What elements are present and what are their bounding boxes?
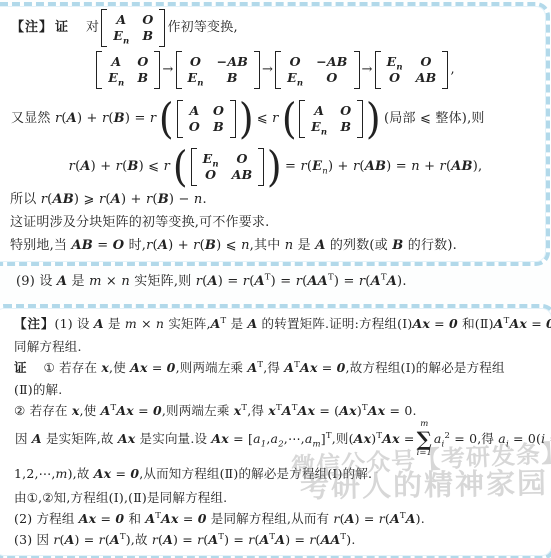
right-bracket-icon (230, 100, 236, 138)
note2-line-2: 同解方程组. (14, 339, 82, 355)
sigma-icon: ∑ (417, 429, 432, 449)
note2-continuation-line: 1,2,⋯,m),故 Ax = 0,从而知方程组(Ⅱ)的解必是方程组(Ⅰ)的解. (14, 466, 372, 482)
note2-summary-line: 由①,②知,方程组(Ⅰ),(Ⅱ)是同解方程组. (14, 490, 227, 506)
left-bracket-icon (101, 9, 107, 47)
item-9-line: (9) 设 A 是 m × n 实矩阵,则 r(A) = r(AT) = r(A… (16, 274, 407, 290)
comma-text: , (450, 62, 454, 78)
formula-pre-text: r(A) + r(B) ⩽ r (69, 159, 170, 175)
arrow-icon: → (162, 62, 173, 78)
proof-label: 证 (14, 360, 28, 375)
arrow-icon: → (262, 62, 273, 78)
right-bracket-icon (159, 9, 165, 47)
intro-pre-text: 对 (86, 20, 99, 36)
block-matrix-a-o-en-b: AO EnB (299, 100, 363, 138)
formula-post-text: = r(En) + r(AB) = n + r(AB), (285, 159, 482, 175)
remark-line-2: 特别地,当 AB = O 时,r(A) + r(B) ⩽ n,其中 n 是 A … (10, 238, 457, 254)
block-matrix-a-o-o-b: AO OB (177, 100, 236, 138)
right-bracket-icon (354, 51, 360, 89)
block-matrix-en-o-o-ab: EnO OAB (375, 51, 449, 89)
remark-line-1: 这证明涉及分块矩阵的初等变换,可不作要求. (10, 215, 269, 231)
block-matrix-a-o-en-b: AO EnB (96, 51, 160, 89)
proof-label: 证 (55, 20, 69, 36)
left-bracket-icon (176, 51, 182, 89)
rank-inequality-line: r(A) + r(B) ⩽ r ( EnO OAB ) = r(En) + r(… (0, 146, 551, 188)
formula-post-text: (局部 ⩽ 整体),则 (384, 111, 485, 127)
right-bracket-icon (258, 148, 264, 186)
rank-obvious-line: 又显然 r(A) + r(B) = r ( AO OB ) ⩽ r ( AO E… (10, 98, 486, 140)
right-bracket-icon (442, 51, 448, 89)
intro-post-text: 作初等变换, (167, 20, 237, 36)
note2-sum-line: 因 A 是实矩阵,故 Ax 是实向量.设 Ax = [a1,a2,⋯,am]T,… (14, 424, 551, 454)
left-bracket-icon (375, 51, 381, 89)
block-matrix-o-mab-en-b: O−AB EnB (176, 51, 260, 89)
left-bracket-icon (177, 100, 183, 138)
formula-pre-text: 又显然 r(A) + r(B) = r (11, 111, 156, 127)
note2-proof-line-1: 证① 若存在 x,使 Ax = 0,则两端左乘 AT,得 ATAx = 0,故方… (14, 360, 505, 376)
right-bracket-icon (357, 100, 363, 138)
left-bracket-icon (299, 100, 305, 138)
summation-icon: m ∑ i=1 (417, 420, 432, 459)
scanned-textbook-page: 【注】 证 对 AO EnB 作初等变换, AO EnB → O−AB (0, 0, 551, 558)
formula-mid-text: ⩽ r (257, 111, 279, 127)
right-bracket-icon (154, 51, 160, 89)
note2-proof-line-2: (Ⅱ)的解. (14, 382, 62, 398)
block-matrix-en-o-o-ab: EnO OAB (191, 148, 265, 186)
conclusion-line: 所以 r(AB) ⩾ r(A) + r(B) − n. (10, 192, 207, 208)
note1-intro-line: 【注】 证 对 AO EnB 作初等变换, (10, 8, 239, 48)
sum-pre-text: 因 A 是实矩阵,故 Ax 是实向量.设 Ax = [a1,a2,⋯,am]T,… (15, 431, 415, 447)
left-bracket-icon (96, 51, 102, 89)
note2-step2-line: ② 若存在 x,使 ATAx = 0,则两端左乘 xT,得 xTATAx = (… (14, 403, 417, 419)
block-matrix-o-mab-en-o: O−AB EnO (275, 51, 359, 89)
block-matrix-a-o-en-b: AO EnB (101, 9, 165, 47)
sum-post-text: ai2 = 0,得 ai = 0(i = (434, 431, 551, 447)
note-label: 【注】 (11, 20, 53, 36)
note2-line-1: 【注】(1) 设 A 是 m × n 实矩阵,AT 是 A 的转置矩阵.证明:方… (14, 316, 551, 332)
note2-part3-line: (3) 因 r(A) = r(AT),故 r(A) = r(AT) = r(AT… (14, 532, 356, 548)
arrow-icon: → (362, 62, 373, 78)
note2-part2-line: (2) 方程组 Ax = 0 和 ATAx = 0 是同解方程组,从而有 r(A… (14, 511, 425, 527)
left-bracket-icon (275, 51, 281, 89)
matrix-chain-line: AO EnB → O−AB EnB → O−AB EnO → (0, 50, 551, 90)
sum-lower-limit: i=1 (417, 449, 432, 458)
right-bracket-icon (254, 51, 260, 89)
note-label: 【注】 (14, 316, 55, 331)
left-bracket-icon (191, 148, 197, 186)
